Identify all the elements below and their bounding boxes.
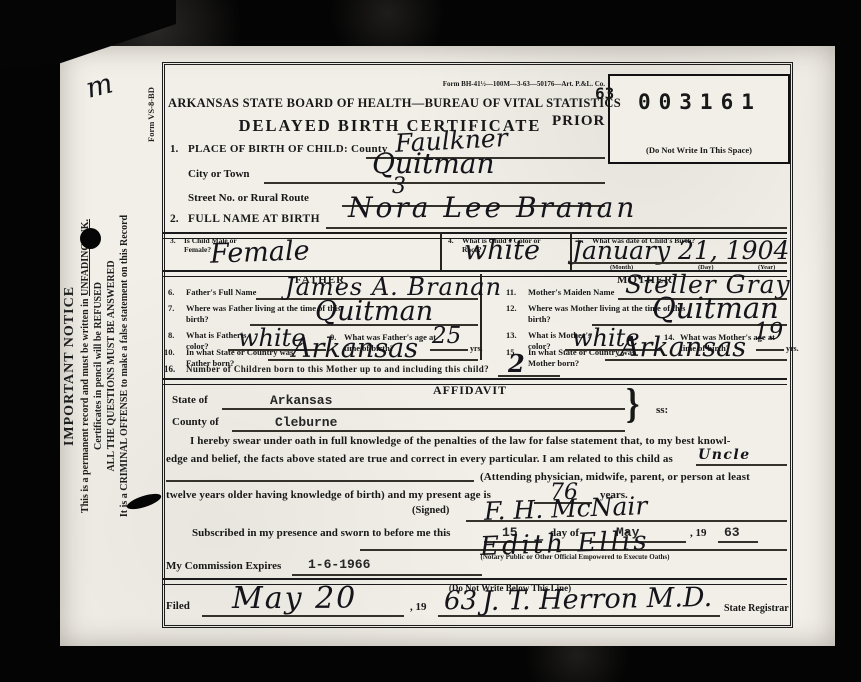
mother-age-value: 19 bbox=[754, 321, 783, 344]
q2-number: 2. bbox=[170, 213, 179, 225]
affiant-signature: F. H. McNair bbox=[484, 493, 648, 524]
city-blank bbox=[264, 182, 605, 184]
q11-number: 11. bbox=[506, 287, 516, 297]
sworn-year-blank bbox=[718, 541, 758, 543]
notice-line-1-text: This is a permanent record and must be w… bbox=[80, 296, 91, 513]
q13-number: 13. bbox=[506, 330, 517, 340]
corner-scribble: m bbox=[83, 69, 116, 103]
notice-line-1: This is a permanent record and must be w… bbox=[80, 104, 91, 628]
attendant-blank bbox=[166, 480, 474, 482]
mother-birthplace-value: Arkansas bbox=[620, 334, 746, 361]
divider-q3-q4 bbox=[440, 232, 442, 270]
registrar-signature: J. T. Herron M.D. bbox=[482, 584, 713, 615]
affidavit-county-value: Cleburne bbox=[275, 415, 337, 430]
street-label: Street No. or Rural Route bbox=[188, 192, 309, 204]
affidavit-line-1: I hereby swear under oath in full knowle… bbox=[190, 435, 731, 447]
notice-line-2: Certificates in pencil will be REFUSED bbox=[93, 104, 104, 628]
affidavit-county-blank bbox=[232, 430, 625, 432]
q1-number: 1. bbox=[170, 143, 178, 155]
prior-stamp: PRIOR bbox=[552, 113, 605, 130]
q6-label: Father's Full Name bbox=[186, 287, 256, 297]
relation-value: Uncle bbox=[698, 448, 751, 462]
birth-date-value: January 21, 1904 bbox=[572, 238, 789, 263]
important-notice-block: IMPORTANT NOTICE This is a permanent rec… bbox=[62, 104, 158, 628]
filed-label: Filed bbox=[166, 600, 190, 612]
filed-year-prefix: , 19 bbox=[410, 601, 427, 613]
commission-label: My Commission Expires bbox=[166, 560, 281, 572]
q4-number: 4. bbox=[448, 236, 454, 245]
sworn-year-value: 63 bbox=[724, 525, 740, 540]
notice-heading: IMPORTANT NOTICE bbox=[62, 104, 78, 628]
affidavit-title: AFFIDAVIT bbox=[400, 383, 540, 398]
city-value: Quitman bbox=[372, 150, 494, 178]
q7-number: 7. bbox=[168, 303, 174, 313]
full-name-blank bbox=[326, 227, 787, 229]
sex-value: Female bbox=[210, 237, 310, 267]
notice-line-3: ALL THE QUESTIONS MUST BE ANSWERED bbox=[106, 104, 117, 628]
father-residence-value: Quitman bbox=[315, 298, 433, 325]
affidavit-line-2: edge and belief, the facts above stated … bbox=[166, 453, 673, 465]
form-number-top: Form BH-41½—100M—3-63—50176—Art. P.&L. C… bbox=[320, 80, 605, 88]
state-of-label: State of bbox=[172, 394, 208, 406]
scanned-birth-certificate: IMPORTANT NOTICE This is a permanent rec… bbox=[0, 0, 861, 682]
notice-line-4: It is a CRIMINAL OFFENSE to make a false… bbox=[119, 104, 130, 628]
registrar-label: State Registrar bbox=[724, 603, 789, 614]
affidavit-line-4: twelve years older having knowledge of b… bbox=[166, 489, 491, 501]
q1-label: PLACE OF BIRTH OF CHILD: County bbox=[188, 143, 388, 155]
q2-label: FULL NAME AT BIRTH bbox=[188, 213, 320, 225]
father-age-blank bbox=[430, 349, 468, 351]
state-blank bbox=[222, 408, 625, 410]
q8-number: 8. bbox=[168, 330, 174, 340]
race-value: white bbox=[464, 237, 540, 264]
certificate-number-box: 003161 (Do Not Write In This Space) 63 bbox=[608, 74, 790, 164]
q3-number: 3. bbox=[170, 236, 176, 245]
agency-title: ARKANSAS STATE BOARD OF HEALTH—BUREAU OF… bbox=[168, 96, 608, 111]
commission-blank bbox=[292, 574, 482, 576]
state-value: Arkansas bbox=[270, 393, 332, 408]
notary-label: (Notary Public or Other Official Empower… bbox=[410, 553, 740, 561]
mother-age-yrs: yrs. bbox=[786, 344, 799, 353]
sworn-year-prefix: , 19 bbox=[690, 527, 707, 539]
hole-punch-artifact bbox=[80, 228, 101, 249]
q6-number: 6. bbox=[168, 287, 174, 297]
do-not-write-space-label: (Do Not Write In This Space) bbox=[610, 145, 788, 155]
q10-number: 10. bbox=[164, 347, 175, 357]
signed-label: (Signed) bbox=[412, 505, 449, 516]
mother-age-blank bbox=[756, 349, 784, 351]
filed-year-value: 63 bbox=[444, 588, 477, 614]
q16-label: Number of Children born to this Mother u… bbox=[186, 364, 489, 374]
side-form-number: Form VS-8-BD bbox=[146, 60, 156, 142]
full-name-value: Nora Lee Branan bbox=[348, 194, 637, 222]
father-age-yrs: yrs. bbox=[470, 344, 483, 353]
ss-label: ss: bbox=[656, 404, 668, 416]
brace-glyph: } bbox=[626, 381, 639, 429]
filed-date-value: May 20 bbox=[232, 584, 357, 614]
children-count-value: 2 bbox=[508, 352, 525, 376]
birth-date-blank bbox=[572, 262, 787, 264]
commission-date: 1-6-1966 bbox=[308, 557, 370, 572]
father-age-value: 25 bbox=[432, 325, 461, 348]
document-title: DELAYED BIRTH CERTIFICATE bbox=[210, 116, 570, 136]
city-label: City or Town bbox=[188, 168, 250, 180]
father-birthplace-value: Arkansas bbox=[292, 335, 418, 362]
county-of-label: County of bbox=[172, 416, 219, 428]
relation-blank bbox=[696, 464, 787, 466]
certificate-paper: IMPORTANT NOTICE This is a permanent rec… bbox=[60, 46, 835, 646]
affidavit-line-3: (Attending physician, midwife, parent, o… bbox=[480, 471, 750, 483]
q11-label: Mother's Maiden Name bbox=[528, 287, 614, 297]
certificate-number: 003161 bbox=[638, 90, 762, 114]
q12-number: 12. bbox=[506, 303, 517, 313]
sworn-text: Subscribed in my presence and sworn to b… bbox=[192, 527, 450, 539]
q16-number: 16. bbox=[164, 364, 175, 374]
